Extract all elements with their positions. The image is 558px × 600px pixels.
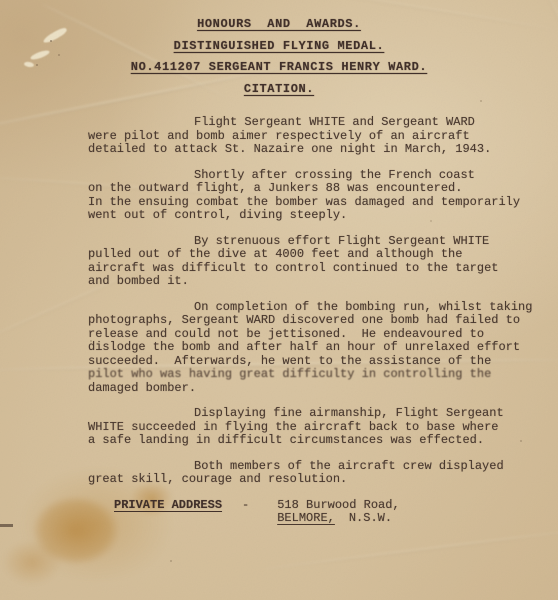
text-line: pulled out of the dive at 4000 feet and … — [88, 248, 536, 262]
text-line: were pilot and bomb aimer respectively o… — [88, 130, 536, 144]
text-line: Shortly after crossing the French coast — [88, 169, 536, 183]
heading-honours-and-awards: HONOURS AND AWARDS. — [0, 18, 558, 32]
address-block: 518 Burwood Road, BELMORE,N.S.W. — [277, 499, 399, 526]
heading-service-number-name: NO.411207 SERGEANT FRANCIS HENRY WARD. — [0, 61, 558, 75]
text-line: photographs, Sergeant WARD discovered on… — [88, 314, 536, 328]
text-line: WHITE succeeded in flying the aircraft b… — [88, 421, 536, 435]
text-line: aircraft was difficult to control contin… — [88, 262, 536, 276]
text-line: In the ensuing combat the bomber was dam… — [88, 196, 536, 210]
text-line: release and could not be jettisoned. He … — [88, 328, 536, 342]
address-street: 518 Burwood Road, — [277, 499, 399, 513]
citation-paragraph-5: Displaying fine airmanship, Flight Serge… — [88, 407, 536, 448]
heading-distinguished-flying-medal: DISTINGUISHED FLYING MEDAL. — [0, 40, 558, 54]
text-line: By strenuous effort Flight Sergeant WHIT… — [88, 235, 536, 249]
address-city: BELMORE, — [277, 511, 335, 525]
text-line: succeeded. Afterwards, he went to the as… — [88, 355, 536, 369]
citation-paragraph-4: On completion of the bombing run, whilst… — [88, 301, 536, 396]
text-line: on the outward flight, a Junkers 88 was … — [88, 182, 536, 196]
text-line: went out of control, diving steeply. — [88, 209, 536, 223]
text-line: great skill, courage and resolution. — [88, 473, 536, 487]
citation-paragraph-3: By strenuous effort Flight Sergeant WHIT… — [88, 235, 536, 289]
text-line: a safe landing in difficult circumstance… — [88, 434, 536, 448]
document-content: HONOURS AND AWARDS. DISTINGUISHED FLYING… — [0, 18, 558, 526]
text-line: Both members of the aircraft crew displa… — [88, 460, 536, 474]
text-line: detailed to attack St. Nazaire one night… — [88, 143, 536, 157]
citation-paragraph-2: Shortly after crossing the French coast … — [88, 169, 536, 223]
private-address-row: PRIVATE ADDRESS - 518 Burwood Road, BELM… — [114, 499, 558, 526]
heading-citation: CITATION. — [0, 83, 558, 97]
text-line: pilot who was having great difficulty in… — [88, 368, 536, 382]
text-line: Displaying fine airmanship, Flight Serge… — [88, 407, 536, 421]
text-line: Flight Sergeant WHITE and Sergeant WARD — [88, 116, 536, 130]
address-dash: - — [242, 499, 249, 513]
text-line: and bombed it. — [88, 275, 536, 289]
text-line: damaged bomber. — [88, 382, 536, 396]
citation-paragraph-1: Flight Sergeant WHITE and Sergeant WARD … — [88, 116, 536, 157]
private-address-label: PRIVATE ADDRESS — [114, 499, 222, 513]
text-line: On completion of the bombing run, whilst… — [88, 301, 536, 315]
scanned-document-page: { "colors": { "paper": "#d3bd98", "ink":… — [0, 0, 558, 600]
text-line: dislodge the bomb and after half an hour… — [88, 341, 536, 355]
address-state: N.S.W. — [349, 511, 392, 525]
address-city-state: BELMORE,N.S.W. — [277, 512, 399, 526]
citation-paragraph-6: Both members of the aircraft crew displa… — [88, 460, 536, 487]
